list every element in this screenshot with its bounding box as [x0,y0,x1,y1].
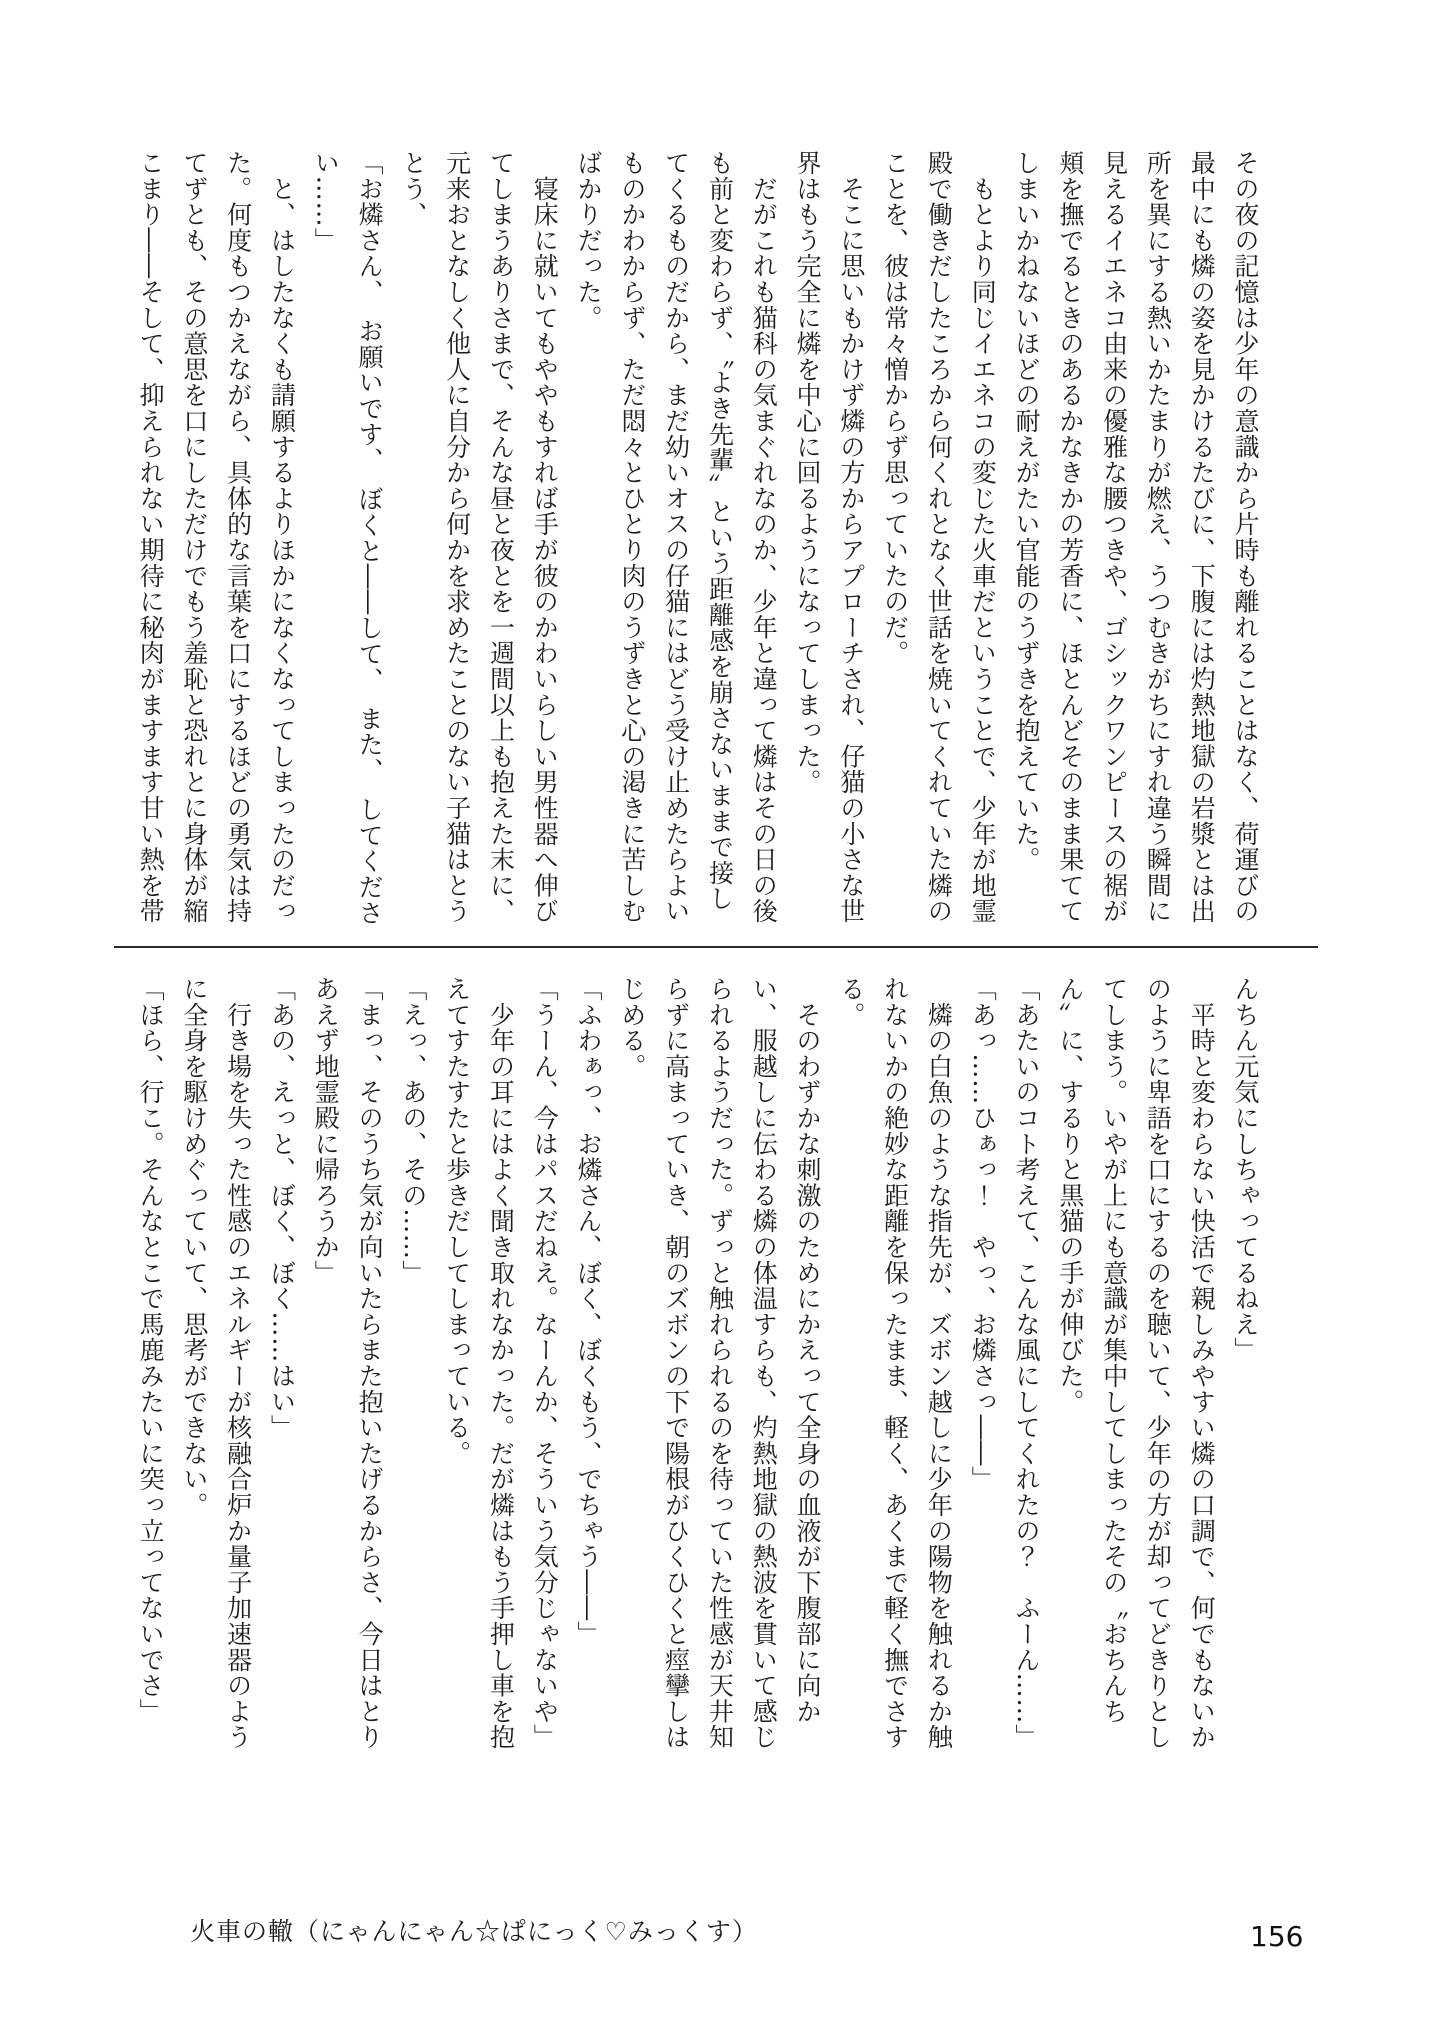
page-number: 156 [1250,1920,1303,1953]
paragraph: もとより同じイエネコの変じた火車だということで、少年が地霊殿で働きだしたころから… [873,150,1004,928]
paragraph: 寝床に就いてもややもすれば手が彼のかわいらしい男性器へ伸びてしまうありさまで、そ… [391,150,566,928]
paragraph: だがこれも猫科の気まぐれなのか、少年と違って燐はその日の後も前と変わらず、〝よき… [566,150,785,928]
paragraph: 平時と変わらない快活で親しみやすい燐の口調で、何でもないかのように卑語を口にする… [1048,976,1223,1754]
section-divider [114,946,1318,948]
paragraph: 「ほら、行こ。そんなとこで馬鹿みたいに突っ立ってないでさ」 [128,976,172,1754]
paragraph: そのわずかな刺激のためにかえって全身の血液が下腹部に向かい、服越しに伝わる燐の体… [610,976,829,1754]
paragraph: 燐の白魚のような指先が、ズボン越しに少年の陽物を触れるか触れないかの絶妙な距離を… [829,976,960,1754]
paragraph: 「あっ……ひぁっ！ やっ、お燐さっ――」 [960,976,1004,1754]
bottom-text-block: んちん元気にしちゃってるねえ」 平時と変わらない快活で親しみやすい燐の口調で、何… [125,976,1267,1754]
paragraph: 「あの、えっと、ぼく、ぼく……はい」 [260,976,304,1754]
paragraph: 「お燐さん、 お願いです、 ぼくと――して、 また、 してください……」 [303,150,391,928]
paragraph: 行き場を失った性感のエネルギーが核融合炉か量子加速器のように全身を駆けめぐってい… [172,976,260,1754]
paragraph: 「あたいのコト考えて、こんな風にしてくれたの？ ふーん……」 [1004,976,1048,1754]
paragraph: 「まっ、そのうち気が向いたらまた抱いたげるからさ、今日はとりあえず地霊殿に帰ろう… [303,976,391,1754]
novel-page: その夜の記憶は少年の意識から片時も離れることはなく、荷運びの最中にも燐の姿を見か… [0,0,1433,2024]
footer-book-title: 火車の轍（にゃんにゃん☆ぱにっく♡みっくす） [190,1912,758,1948]
paragraph: 少年の耳にはよく聞き取れなかった。だが燐はもう手押し車を抱えてすたすたと歩きだし… [435,976,523,1754]
paragraph: 燐の手を引かれて歩いているらしいことだけがどうにかわかるのは、握られた手に伝わる… [125,976,128,1754]
paragraph: そこに思いもかけず燐の方からアプローチされ、仔猫の小さな世界はもう完全に燐を中心… [785,150,873,928]
paragraph: と、はしたなくも請願するよりほかになくなってしまったのだった。何度もつかえながら… [125,150,303,928]
paragraph: その夜の記憶は少年の意識から片時も離れることはなく、荷運びの最中にも燐の姿を見か… [1004,150,1267,928]
paragraph: 「ふわぁっ、お燐さん、ぼく、ぼくもう、でちゃう――」 [566,976,610,1754]
paragraph: 「えっ、あの、その……」 [391,976,435,1754]
paragraph: んちん元気にしちゃってるねえ」 [1223,976,1267,1754]
top-text-block: その夜の記憶は少年の意識から片時も離れることはなく、荷運びの最中にも燐の姿を見か… [125,150,1267,928]
paragraph: 「うーん、今はパスだねえ。なーんか、そういう気分じゃないや」 [522,976,566,1754]
